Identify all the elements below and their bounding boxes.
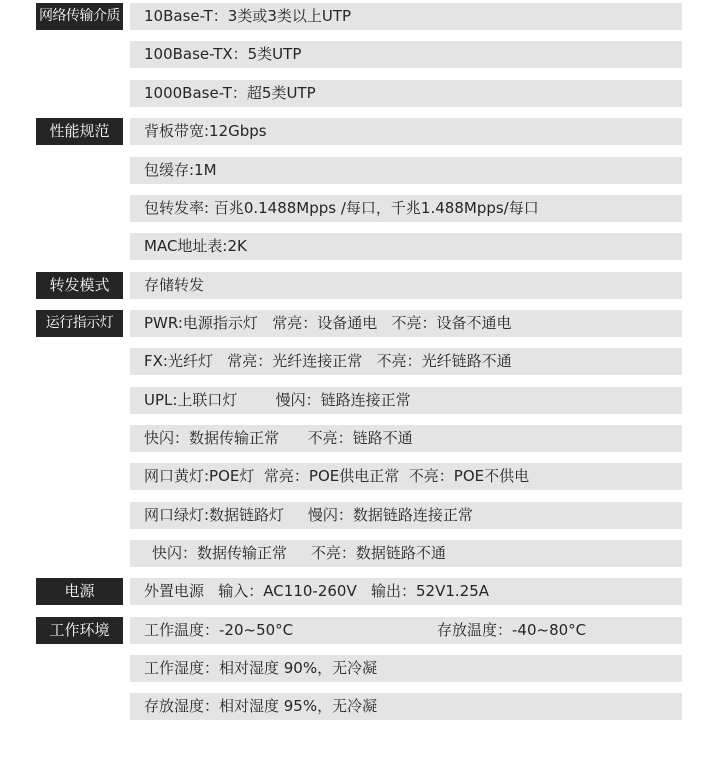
spec-row: 包转发率: 百兆0.1488Mpps /每口，千兆1.488Mpps/每口 <box>0 195 720 222</box>
spec-value-bar: MAC地址表:2K <box>130 233 682 260</box>
spec-value-100base-tx: 100Base-TX：5类UTP <box>144 41 301 68</box>
spec-row: 工作湿度：相对湿度 90%，无冷凝 <box>0 655 720 682</box>
spec-value-bar: 1000Base-T：超5类UTP <box>130 80 682 107</box>
spec-value-bar: 工作温度：-20~50°C 存放温度：-40~80°C <box>130 617 682 644</box>
spec-row: 转发模式 存储转发 <box>0 272 720 299</box>
spec-value-bar: 快闪：数据传输正常 不亮：数据链路不通 <box>130 540 682 567</box>
spec-value-bar: UPL:上联口灯 慢闪：链路连接正常 <box>130 387 682 414</box>
spec-value-forwarding-rate: 包转发率: 百兆0.1488Mpps /每口，千兆1.488Mpps/每口 <box>144 195 539 222</box>
spec-value-bar: 网口绿灯:数据链路灯 慢闪：数据链路连接正常 <box>130 502 682 529</box>
spec-value-operating-humidity: 工作湿度：相对湿度 90%，无冷凝 <box>144 655 377 682</box>
spec-row: 快闪：数据传输正常 不亮：数据链路不通 <box>0 540 720 567</box>
spec-row: FX:光纤灯 常亮：光纤连接正常 不亮：光纤链路不通 <box>0 348 720 375</box>
spec-row: UPL:上联口灯 慢闪：链路连接正常 <box>0 387 720 414</box>
spec-value-operating-temp: 工作温度：-20~50°C <box>144 617 293 644</box>
spec-value-bar: 存储转发 <box>130 272 682 299</box>
spec-value-backplane-bandwidth: 背板带宽:12Gbps <box>144 118 267 145</box>
spec-row: 100Base-TX：5类UTP <box>0 41 720 68</box>
spec-value-bar: 存放湿度：相对湿度 95%，无冷凝 <box>130 693 682 720</box>
spec-value-data-fast-blink: 快闪：数据传输正常 不亮：数据链路不通 <box>152 540 446 567</box>
spec-value-storage-humidity: 存放湿度：相对湿度 95%，无冷凝 <box>144 693 377 720</box>
category-label-indicators: 运行指示灯 <box>36 310 123 337</box>
spec-value-store-forward: 存储转发 <box>144 272 204 299</box>
spec-row: 网口黄灯:POE灯 常亮：POE供电正常 不亮：POE不供电 <box>0 463 720 490</box>
spec-row: 电源 外置电源 输入：AC110-260V 输出：52V1.25A <box>0 578 720 605</box>
spec-value-fx-led: FX:光纤灯 常亮：光纤连接正常 不亮：光纤链路不通 <box>144 348 512 375</box>
spec-row: 性能规范 背板带宽:12Gbps <box>0 118 720 145</box>
spec-value-bar: 10Base-T：3类或3类以上UTP <box>130 3 682 30</box>
spec-row: 1000Base-T：超5类UTP <box>0 80 720 107</box>
category-label-performance: 性能规范 <box>36 118 123 145</box>
spec-row: MAC地址表:2K <box>0 233 720 260</box>
category-label-environment: 工作环境 <box>36 617 123 644</box>
spec-value-power-supply: 外置电源 输入：AC110-260V 输出：52V1.25A <box>144 578 489 605</box>
spec-value-bar: 工作湿度：相对湿度 90%，无冷凝 <box>130 655 682 682</box>
spec-value-bar: 外置电源 输入：AC110-260V 输出：52V1.25A <box>130 578 682 605</box>
spec-value-bar: 包缓存:1M <box>130 157 682 184</box>
spec-value-storage-temp: 存放温度：-40~80°C <box>437 617 586 644</box>
spec-value-packet-buffer: 包缓存:1M <box>144 157 217 184</box>
spec-value-bar: 快闪：数据传输正常 不亮：链路不通 <box>130 425 682 452</box>
spec-value-10base-t: 10Base-T：3类或3类以上UTP <box>144 3 351 30</box>
spec-row: 存放湿度：相对湿度 95%，无冷凝 <box>0 693 720 720</box>
category-label-power: 电源 <box>36 578 123 605</box>
spec-value-bar: FX:光纤灯 常亮：光纤连接正常 不亮：光纤链路不通 <box>130 348 682 375</box>
category-label-network-medium: 网络传输介质 <box>36 3 123 30</box>
spec-row: 工作环境 工作温度：-20~50°C 存放温度：-40~80°C <box>0 617 720 644</box>
spec-value-poe-yellow-led: 网口黄灯:POE灯 常亮：POE供电正常 不亮：POE不供电 <box>144 463 529 490</box>
spec-value-bar: 包转发率: 百兆0.1488Mpps /每口，千兆1.488Mpps/每口 <box>130 195 682 222</box>
spec-row: 网络传输介质 10Base-T：3类或3类以上UTP <box>0 3 720 30</box>
spec-value-1000base-t: 1000Base-T：超5类UTP <box>144 80 316 107</box>
spec-value-bar: 100Base-TX：5类UTP <box>130 41 682 68</box>
spec-row: 快闪：数据传输正常 不亮：链路不通 <box>0 425 720 452</box>
spec-value-bar: PWR:电源指示灯 常亮：设备通电 不亮：设备不通电 <box>130 310 682 337</box>
spec-row: 包缓存:1M <box>0 157 720 184</box>
spec-value-bar: 背板带宽:12Gbps <box>130 118 682 145</box>
spec-value-upl-led: UPL:上联口灯 慢闪：链路连接正常 <box>144 387 411 414</box>
spec-value-data-green-led: 网口绿灯:数据链路灯 慢闪：数据链路连接正常 <box>144 502 473 529</box>
spec-value-mac-table: MAC地址表:2K <box>144 233 247 260</box>
spec-row: 运行指示灯 PWR:电源指示灯 常亮：设备通电 不亮：设备不通电 <box>0 310 720 337</box>
spec-row: 网口绿灯:数据链路灯 慢闪：数据链路连接正常 <box>0 502 720 529</box>
category-label-forwarding-mode: 转发模式 <box>36 272 123 299</box>
spec-value-pwr-led: PWR:电源指示灯 常亮：设备通电 不亮：设备不通电 <box>144 310 512 337</box>
spec-value-upl-fast-blink: 快闪：数据传输正常 不亮：链路不通 <box>144 425 413 452</box>
spec-value-bar: 网口黄灯:POE灯 常亮：POE供电正常 不亮：POE不供电 <box>130 463 682 490</box>
